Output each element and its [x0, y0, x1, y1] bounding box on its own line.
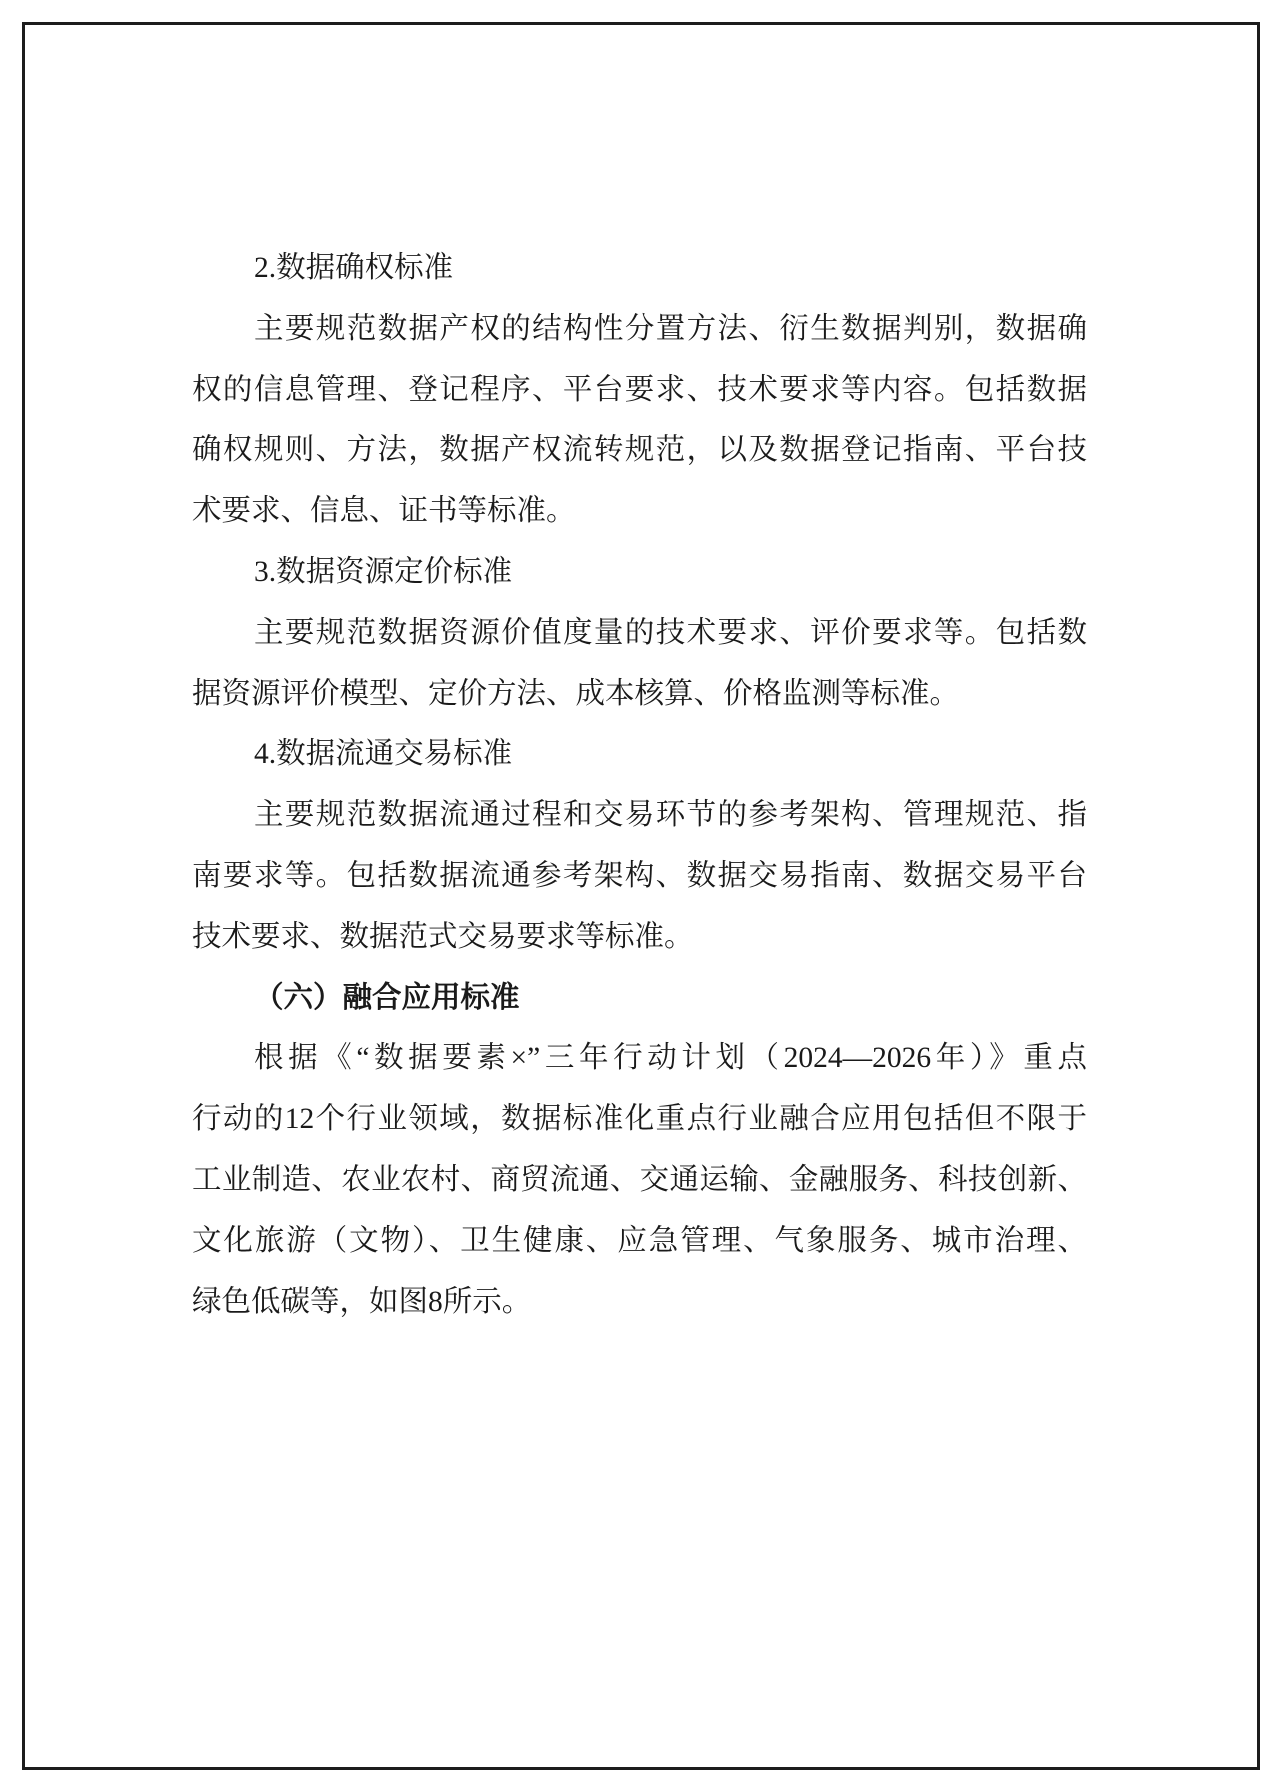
section-heading: （六）融合应用标准	[192, 968, 1087, 1029]
subsection-heading: 4.数据流通交易标准	[192, 724, 1087, 785]
paragraph-line: 工业制造、农业农村、商贸流通、交通运输、金融服务、科技创新、	[192, 1150, 1087, 1211]
subsection-heading: 2.数据确权标准	[192, 238, 1087, 299]
paragraph-line: 技术要求、数据范式交易要求等标准。	[192, 907, 1087, 968]
subsection-heading: 3.数据资源定价标准	[192, 542, 1087, 603]
scanned-document-page: { "page": { "background": "#ffffff", "fr…	[0, 0, 1280, 1790]
paragraph-line: 根据《“数据要素×”三年行动计划（2024—2026年）》重点	[192, 1028, 1087, 1089]
document-text: 2.数据确权标准 主要规范数据产权的结构性分置方法、衍生数据判别，数据确 权的信…	[192, 238, 1087, 1332]
paragraph-line: 权的信息管理、登记程序、平台要求、技术要求等内容。包括数据	[192, 360, 1087, 421]
paragraph-line: 南要求等。包括数据流通参考架构、数据交易指南、数据交易平台	[192, 846, 1087, 907]
paragraph-line: 文化旅游（文物）、卫生健康、应急管理、气象服务、城市治理、	[192, 1211, 1087, 1272]
paragraph-line: 据资源评价模型、定价方法、成本核算、价格监测等标准。	[192, 664, 1087, 725]
paragraph-line: 确权规则、方法，数据产权流转规范，以及数据登记指南、平台技	[192, 420, 1087, 481]
paragraph-line: 绿色低碳等，如图8所示。	[192, 1272, 1087, 1333]
paragraph-line: 主要规范数据资源价值度量的技术要求、评价要求等。包括数	[192, 603, 1087, 664]
paragraph-line: 行动的12个行业领域，数据标准化重点行业融合应用包括但不限于	[192, 1089, 1087, 1150]
paragraph-line: 术要求、信息、证书等标准。	[192, 481, 1087, 542]
paragraph-line: 主要规范数据流通过程和交易环节的参考架构、管理规范、指	[192, 785, 1087, 846]
paragraph-line: 主要规范数据产权的结构性分置方法、衍生数据判别，数据确	[192, 299, 1087, 360]
